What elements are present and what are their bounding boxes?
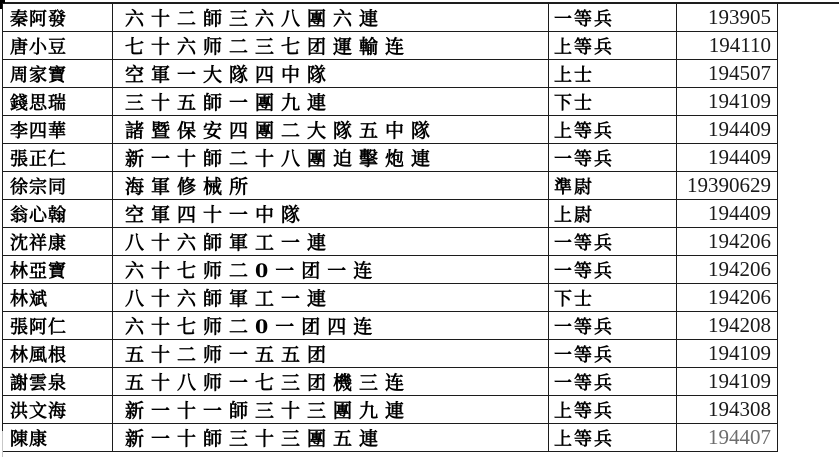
table-row: 周家寶空軍一大隊四中隊上士194507 — [3, 60, 778, 88]
name-cell: 張正仁 — [3, 144, 113, 172]
name-cell: 林亞寶 — [3, 256, 113, 284]
unit-cell: 空軍四十一中隊 — [113, 200, 549, 228]
roster-table-body: 秦阿發六十二師三六八團六連一等兵193905唐小豆七十六师二三七团運輸连上等兵1… — [3, 4, 778, 452]
number-cell: 194409 — [677, 116, 778, 144]
name-cell: 秦阿發 — [3, 4, 113, 32]
name-cell: 徐宗同 — [3, 172, 113, 200]
name-cell: 李四華 — [3, 116, 113, 144]
rank-cell: 一等兵 — [549, 228, 677, 256]
number-cell: 194507 — [677, 60, 778, 88]
number-cell: 194206 — [677, 256, 778, 284]
unit-cell: 空軍一大隊四中隊 — [113, 60, 549, 88]
number-cell: 194409 — [677, 200, 778, 228]
rank-cell: 下士 — [549, 88, 677, 116]
table-row: 林風根五十二师一五五团一等兵194109 — [3, 340, 778, 368]
name-cell: 周家寶 — [3, 60, 113, 88]
name-cell: 沈祥康 — [3, 228, 113, 256]
unit-cell: 五十二师一五五团 — [113, 340, 549, 368]
number-cell: 194109 — [677, 368, 778, 396]
rank-cell: 一等兵 — [549, 368, 677, 396]
table-row: 洪文海新一十一師三十三團九連上等兵194308 — [3, 396, 778, 424]
rank-cell: 上等兵 — [549, 32, 677, 60]
table-row: 陳康新一十師三十三團五連上等兵194407 — [3, 424, 778, 452]
unit-cell: 五十八师一七三团機三连 — [113, 368, 549, 396]
name-cell: 林風根 — [3, 340, 113, 368]
rank-cell: 上等兵 — [549, 116, 677, 144]
unit-cell: 新一十師二十八團迫擊炮連 — [113, 144, 549, 172]
number-cell: 19390629 — [677, 172, 778, 200]
table-row: 徐宗同海軍修械所準尉19390629 — [3, 172, 778, 200]
rank-cell: 一等兵 — [549, 4, 677, 32]
number-cell: 194407 — [677, 424, 778, 452]
table-row: 翁心翰空軍四十一中隊上尉194409 — [3, 200, 778, 228]
name-cell: 張阿仁 — [3, 312, 113, 340]
rank-cell: 一等兵 — [549, 256, 677, 284]
number-cell: 193905 — [677, 4, 778, 32]
tail-border-line — [2, 431, 3, 457]
name-cell: 錢思瑞 — [3, 88, 113, 116]
table-row: 謝雲泉五十八师一七三团機三连一等兵194109 — [3, 368, 778, 396]
rank-cell: 一等兵 — [549, 312, 677, 340]
rank-cell: 下士 — [549, 284, 677, 312]
unit-cell: 新一十師三十三團五連 — [113, 424, 549, 452]
table-row: 張正仁新一十師二十八團迫擊炮連一等兵194409 — [3, 144, 778, 172]
unit-cell: 六十七师二0一团四连 — [113, 312, 549, 340]
number-cell: 194109 — [677, 340, 778, 368]
rank-cell: 上士 — [549, 60, 677, 88]
number-cell: 194206 — [677, 228, 778, 256]
name-cell: 洪文海 — [3, 396, 113, 424]
number-cell: 194208 — [677, 312, 778, 340]
unit-cell: 海軍修械所 — [113, 172, 549, 200]
table-row: 林斌八十六師軍工一連下士194206 — [3, 284, 778, 312]
table-row: 張阿仁六十七师二0一团四连一等兵194208 — [3, 312, 778, 340]
unit-cell: 六十七师二0一团一连 — [113, 256, 549, 284]
name-cell: 林斌 — [3, 284, 113, 312]
document-page: 秦阿發六十二師三六八團六連一等兵193905唐小豆七十六师二三七团運輸连上等兵1… — [0, 0, 839, 457]
unit-cell: 八十六師軍工一連 — [113, 228, 549, 256]
table-row: 林亞寶六十七师二0一团一连一等兵194206 — [3, 256, 778, 284]
unit-cell: 三十五師一團九連 — [113, 88, 549, 116]
table-row: 秦阿發六十二師三六八團六連一等兵193905 — [3, 4, 778, 32]
table-row: 錢思瑞三十五師一團九連下士194109 — [3, 88, 778, 116]
table-row: 李四華諸暨保安四團二大隊五中隊上等兵194409 — [3, 116, 778, 144]
unit-cell: 六十二師三六八團六連 — [113, 4, 549, 32]
name-cell: 謝雲泉 — [3, 368, 113, 396]
rank-cell: 上等兵 — [549, 396, 677, 424]
rank-cell: 上等兵 — [549, 424, 677, 452]
rank-cell: 一等兵 — [549, 340, 677, 368]
rank-cell: 上尉 — [549, 200, 677, 228]
name-cell: 翁心翰 — [3, 200, 113, 228]
rank-cell: 準尉 — [549, 172, 677, 200]
unit-cell: 八十六師軍工一連 — [113, 284, 549, 312]
number-cell: 194409 — [677, 144, 778, 172]
unit-cell: 諸暨保安四團二大隊五中隊 — [113, 116, 549, 144]
table-row: 沈祥康八十六師軍工一連一等兵194206 — [3, 228, 778, 256]
name-cell: 唐小豆 — [3, 32, 113, 60]
unit-cell: 新一十一師三十三團九連 — [113, 396, 549, 424]
rank-cell: 一等兵 — [549, 144, 677, 172]
number-cell: 194110 — [677, 32, 778, 60]
table-row: 唐小豆七十六师二三七团運輸连上等兵194110 — [3, 32, 778, 60]
number-cell: 194109 — [677, 88, 778, 116]
personnel-roster-table: 秦阿發六十二師三六八團六連一等兵193905唐小豆七十六师二三七团運輸连上等兵1… — [2, 3, 778, 452]
name-cell: 陳康 — [3, 424, 113, 452]
number-cell: 194206 — [677, 284, 778, 312]
unit-cell: 七十六师二三七团運輸连 — [113, 32, 549, 60]
number-cell: 194308 — [677, 396, 778, 424]
